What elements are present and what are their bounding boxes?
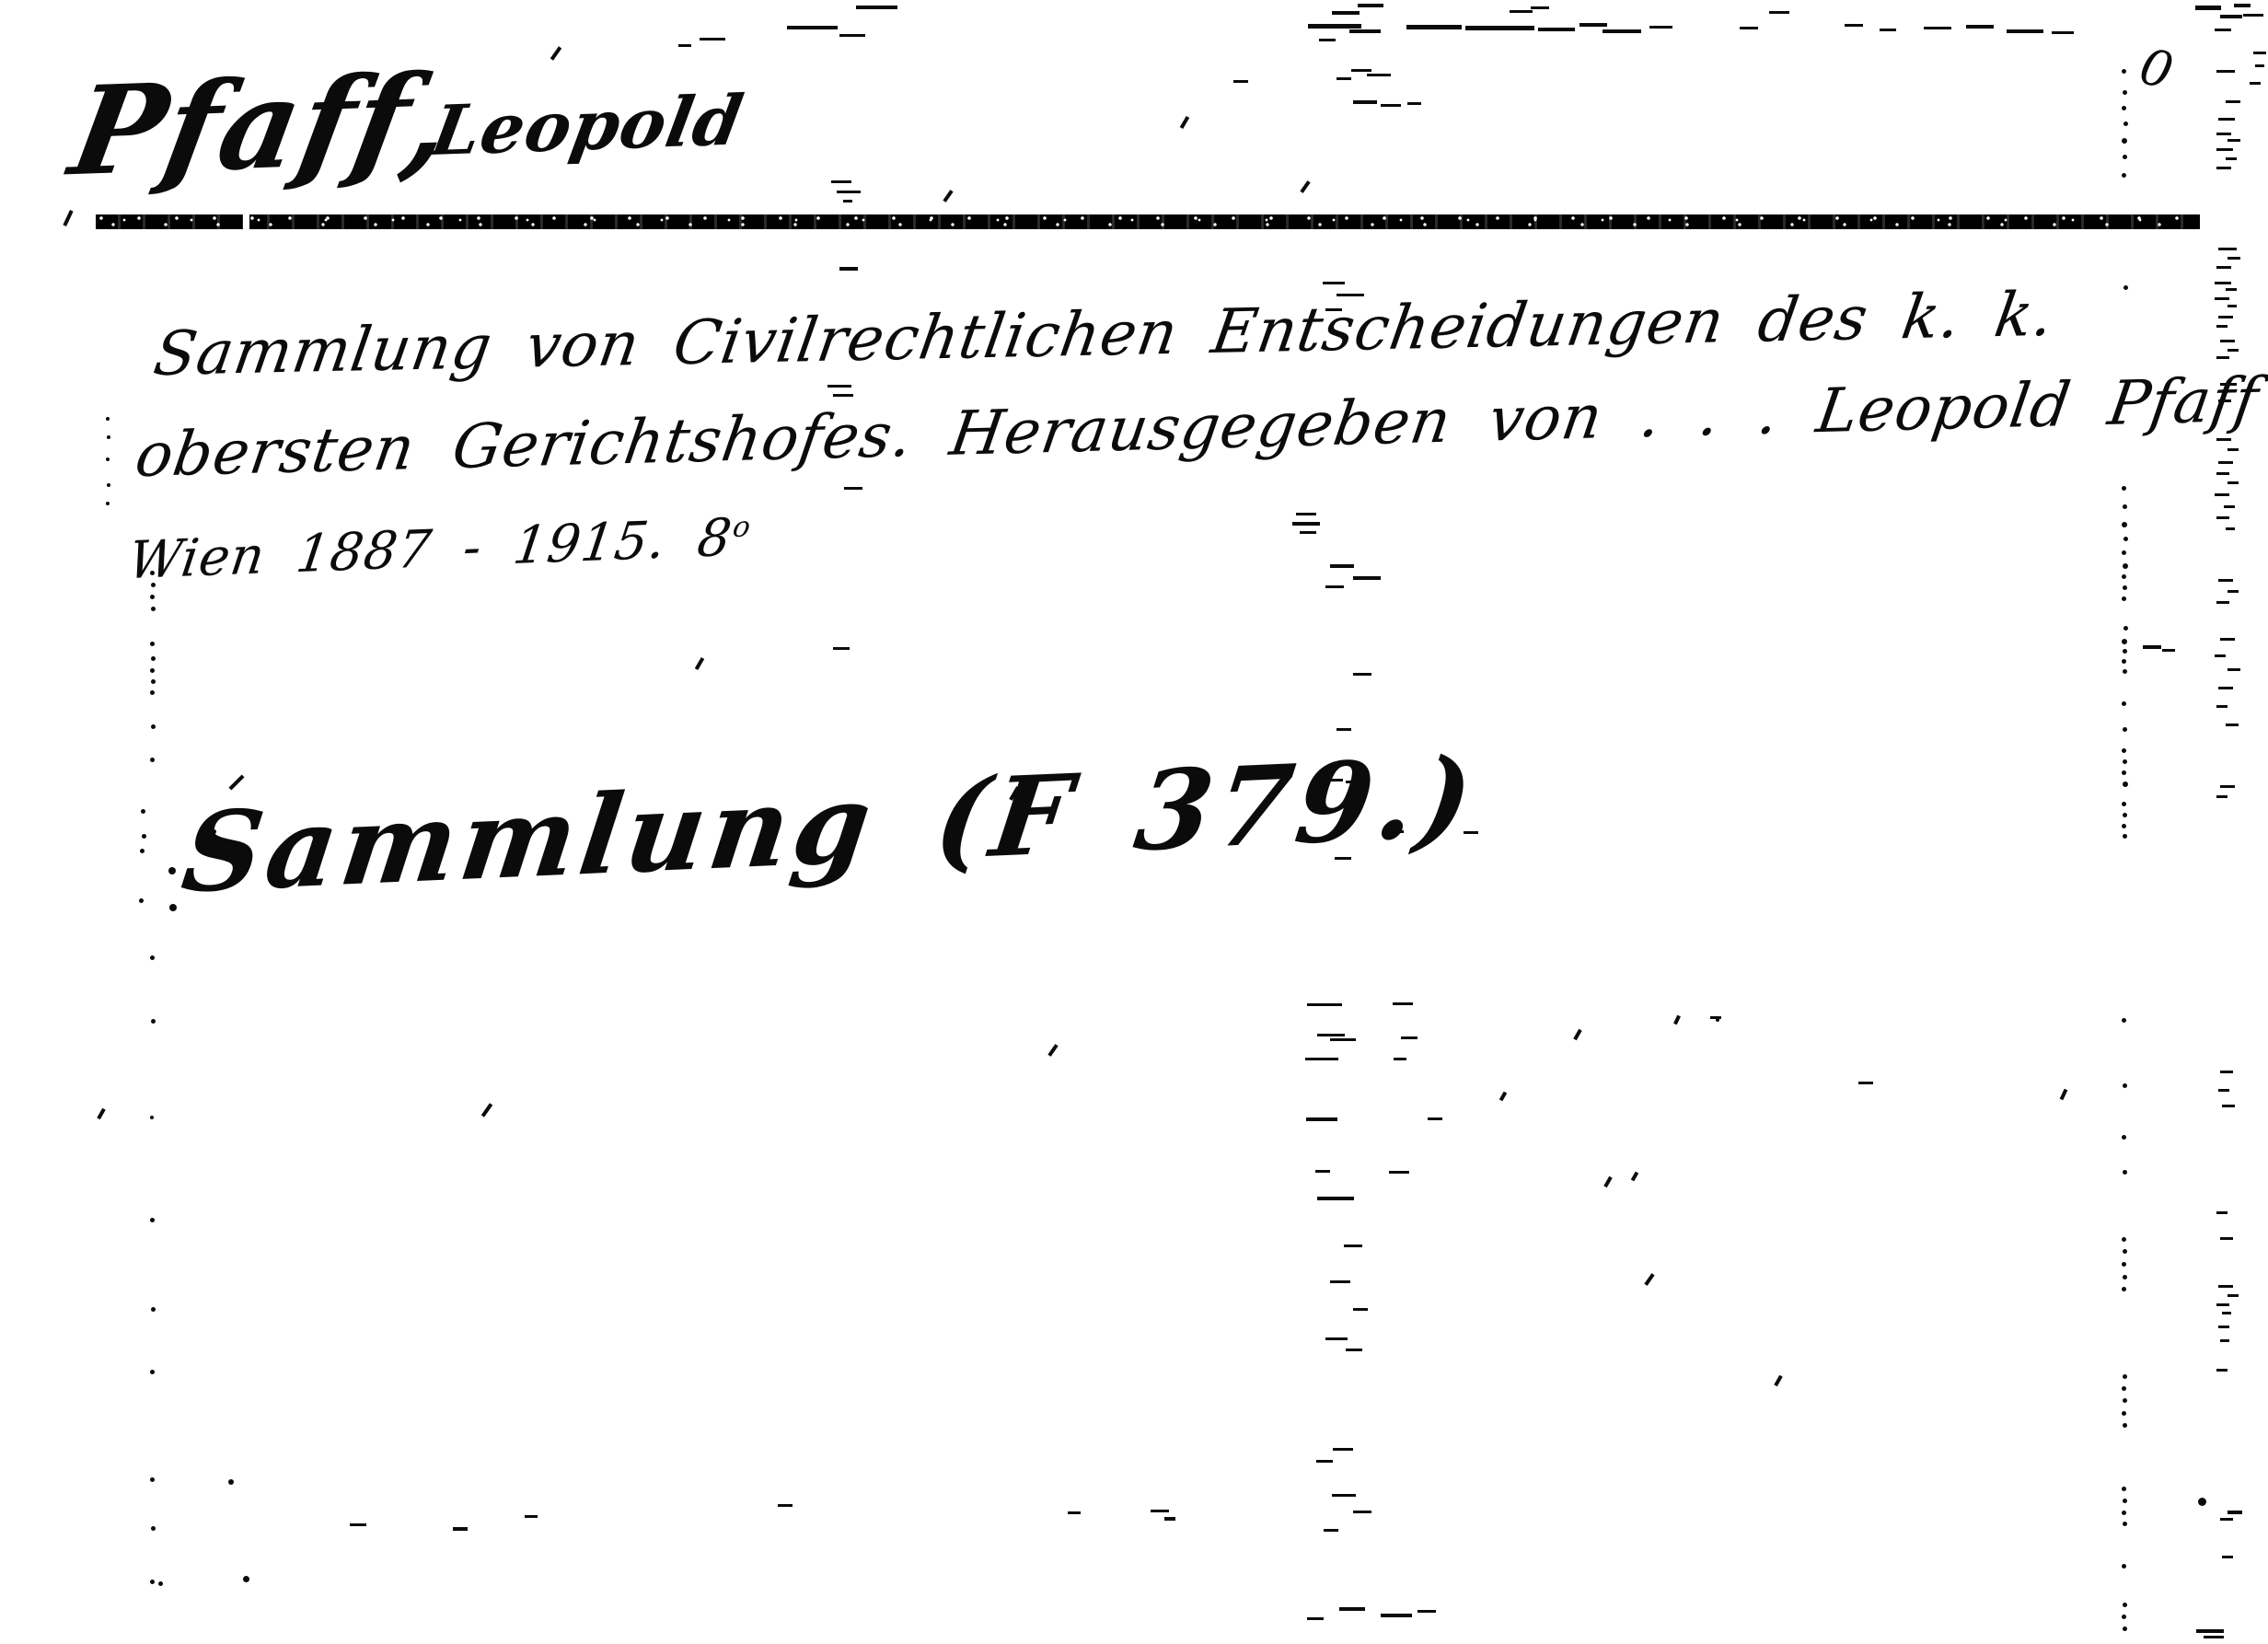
scan-dash bbox=[1336, 728, 1351, 731]
scan-dot bbox=[2122, 138, 2127, 144]
scan-dot bbox=[151, 656, 156, 661]
scan-dot bbox=[151, 1307, 156, 1312]
scan-dash bbox=[1966, 25, 1994, 29]
scan-dot bbox=[150, 1370, 155, 1374]
scan-dash bbox=[1323, 282, 1345, 284]
catalog-card: Pfaff, Leopold Sammlung von Civilrechtli… bbox=[0, 0, 2268, 1644]
scan-tick bbox=[1631, 1172, 1638, 1182]
scan-dash bbox=[1306, 1117, 1337, 1121]
marginal-zero-mark: 0 bbox=[2135, 41, 2177, 98]
scan-dash bbox=[1417, 1610, 1436, 1613]
scan-dot bbox=[142, 834, 146, 839]
scan-dot bbox=[151, 1019, 156, 1024]
scan-tick bbox=[550, 46, 561, 60]
scan-dot bbox=[150, 642, 155, 646]
scan-dash bbox=[2226, 157, 2237, 160]
scan-dash bbox=[2220, 383, 2237, 386]
entry-imprint: Wien 1887 - 1915. 8o bbox=[125, 512, 753, 587]
scan-dash bbox=[525, 1515, 538, 1518]
scan-dash bbox=[2218, 399, 2231, 402]
scan-dash bbox=[2216, 438, 2231, 441]
scan-dot bbox=[106, 502, 110, 505]
scan-dot bbox=[151, 724, 156, 729]
scan-dash bbox=[1407, 102, 1421, 105]
scan-dash bbox=[1858, 1082, 1873, 1084]
scan-dash bbox=[787, 26, 838, 29]
scan-dash bbox=[2250, 82, 2261, 85]
scan-dash bbox=[2215, 493, 2229, 496]
scan-dash bbox=[1346, 1349, 1362, 1351]
scan-dash bbox=[843, 200, 852, 203]
scan-dot bbox=[2123, 626, 2128, 631]
scan-dash bbox=[2220, 785, 2235, 788]
scan-dot bbox=[2123, 669, 2127, 674]
scan-dash bbox=[839, 267, 858, 271]
scan-dash bbox=[2253, 52, 2266, 54]
scan-dash bbox=[2226, 527, 2235, 530]
scan-dash bbox=[1381, 104, 1401, 107]
scan-dot bbox=[2122, 824, 2126, 828]
scan-dot bbox=[2123, 285, 2128, 290]
scan-dot bbox=[150, 1218, 155, 1222]
scan-dot bbox=[2123, 122, 2128, 126]
scan-dash bbox=[1351, 69, 1371, 72]
scan-dash bbox=[2227, 139, 2240, 142]
scan-dot bbox=[2122, 173, 2126, 178]
scan-dash bbox=[2218, 248, 2237, 250]
scan-dash bbox=[2220, 340, 2235, 342]
scan-dash bbox=[1333, 1448, 1353, 1451]
scan-dash bbox=[2218, 1326, 2229, 1328]
scan-dot bbox=[158, 1581, 163, 1586]
scan-dash bbox=[844, 487, 862, 490]
scan-dash bbox=[2196, 1629, 2224, 1633]
scan-dot bbox=[150, 1477, 155, 1482]
scan-dash bbox=[1323, 779, 1343, 781]
scan-dash bbox=[2227, 1294, 2239, 1297]
scan-tick bbox=[481, 1103, 492, 1117]
scan-dash bbox=[1330, 564, 1354, 568]
scan-dash bbox=[1325, 585, 1344, 588]
scan-dot bbox=[2198, 1498, 2206, 1506]
scan-dash bbox=[1428, 1117, 1442, 1120]
scan-dash bbox=[2227, 349, 2239, 352]
scan-dot bbox=[2123, 834, 2127, 839]
scan-tick bbox=[1499, 1092, 1507, 1102]
scan-dash bbox=[1401, 1036, 1417, 1039]
scan-dash bbox=[2216, 1211, 2227, 1214]
scan-dot bbox=[2123, 504, 2127, 509]
scan-dot bbox=[212, 829, 216, 834]
scan-dash bbox=[2216, 472, 2229, 475]
scan-dot bbox=[2123, 90, 2127, 95]
scan-dash bbox=[1924, 27, 1951, 29]
scan-dot bbox=[2122, 550, 2126, 555]
scan-dash bbox=[2007, 29, 2043, 33]
scan-dash bbox=[1346, 781, 1360, 783]
scan-dash bbox=[1307, 1617, 1324, 1620]
heading-surname: Pfaff, bbox=[63, 58, 461, 193]
scan-dash bbox=[1339, 1607, 1365, 1611]
scan-dash bbox=[700, 38, 725, 41]
scan-dash bbox=[839, 34, 865, 37]
scan-dash bbox=[1845, 24, 1863, 27]
scan-dash bbox=[2216, 133, 2231, 135]
scan-dot bbox=[151, 583, 156, 587]
scan-dash bbox=[2227, 668, 2240, 671]
scan-dash bbox=[1296, 513, 1316, 515]
shelfmark: Sammlung (F 379.) bbox=[177, 742, 1483, 908]
scan-dash bbox=[2220, 1339, 2229, 1342]
scan-dot bbox=[2123, 1398, 2127, 1403]
scan-dash bbox=[1394, 1058, 1406, 1060]
scan-tick bbox=[2060, 1089, 2068, 1101]
scan-dot bbox=[2123, 1170, 2127, 1175]
scan-dash bbox=[1353, 1308, 1368, 1311]
scan-dash bbox=[831, 180, 851, 183]
scan-dot bbox=[2123, 649, 2127, 654]
scan-dash bbox=[1393, 1002, 1413, 1005]
scan-dash bbox=[2227, 448, 2239, 451]
scan-dot bbox=[2123, 727, 2127, 732]
scan-dot bbox=[2123, 1374, 2127, 1379]
scan-dash bbox=[1510, 10, 1533, 13]
scan-dash bbox=[2218, 1285, 2233, 1288]
scan-dash bbox=[1151, 1510, 1169, 1512]
scan-dash bbox=[2227, 257, 2240, 260]
scan-dash bbox=[1579, 23, 1607, 27]
scan-dash bbox=[2216, 795, 2227, 798]
scan-dash bbox=[2218, 687, 2233, 689]
scan-dash bbox=[2218, 579, 2233, 582]
scan-dash bbox=[2216, 601, 2229, 604]
scan-dash bbox=[1406, 25, 1462, 29]
scan-dash bbox=[1335, 857, 1351, 860]
scan-dot bbox=[2122, 659, 2126, 664]
scan-dash bbox=[2216, 516, 2229, 519]
scan-dash bbox=[1315, 1170, 1330, 1173]
scan-dash bbox=[1317, 1034, 1345, 1036]
scan-dot bbox=[151, 679, 156, 684]
scan-dot bbox=[150, 1116, 154, 1119]
scan-dash bbox=[2255, 64, 2264, 67]
scan-dash bbox=[2215, 29, 2231, 31]
scan-dot bbox=[2123, 781, 2128, 787]
scan-dot bbox=[2123, 563, 2128, 569]
scan-dash bbox=[1740, 27, 1758, 29]
scan-dash bbox=[1068, 1511, 1081, 1514]
scan-dash bbox=[2226, 724, 2239, 726]
scan-dash bbox=[837, 191, 861, 193]
scan-dot bbox=[2122, 1287, 2126, 1291]
scan-dot bbox=[2122, 1615, 2126, 1619]
scan-dot bbox=[2123, 1275, 2127, 1279]
scan-dash bbox=[2243, 14, 2263, 17]
scan-dash bbox=[1319, 39, 1336, 41]
scan-tick bbox=[1774, 1375, 1782, 1386]
scan-dot bbox=[2123, 1423, 2127, 1428]
scan-dash bbox=[2052, 31, 2074, 34]
scan-dash bbox=[1538, 28, 1575, 31]
scan-dash bbox=[2218, 316, 2233, 318]
scan-dot bbox=[2123, 155, 2127, 159]
scan-dot bbox=[2123, 1249, 2127, 1254]
scan-dash bbox=[1325, 1337, 1348, 1340]
scan-dash bbox=[1353, 1511, 1371, 1513]
scan-dash bbox=[1292, 522, 1320, 526]
scan-dot bbox=[151, 1526, 156, 1531]
scan-dash bbox=[1324, 1529, 1338, 1532]
scan-dash bbox=[2216, 70, 2235, 73]
scan-dot bbox=[2123, 1083, 2127, 1088]
scan-dash bbox=[2216, 356, 2229, 359]
scan-dash bbox=[1387, 830, 1404, 833]
scan-dash bbox=[1307, 1003, 1342, 1006]
scan-tick bbox=[1047, 1044, 1058, 1057]
scan-dash bbox=[2220, 1237, 2233, 1240]
scan-tick bbox=[1573, 1029, 1581, 1040]
scan-dot bbox=[2122, 1237, 2126, 1242]
scan-tick bbox=[943, 190, 953, 203]
scan-dash bbox=[453, 1527, 468, 1531]
scan-dash bbox=[2220, 1071, 2233, 1073]
scan-dash bbox=[2220, 15, 2242, 18]
scan-dash bbox=[1308, 24, 1361, 29]
scan-dot bbox=[2122, 1262, 2126, 1267]
scan-dot bbox=[150, 595, 155, 599]
entry-title-line-1: Sammlung von Civilrechtlichen Entscheidu… bbox=[150, 284, 2058, 385]
scan-dash bbox=[2204, 1636, 2224, 1638]
scan-dot bbox=[2123, 1499, 2127, 1503]
scan-dot bbox=[2123, 759, 2127, 764]
scan-dash bbox=[1649, 26, 1672, 29]
scan-dot bbox=[107, 483, 110, 487]
scan-dash bbox=[833, 647, 850, 650]
scan-dot bbox=[2123, 1603, 2127, 1607]
scan-dot bbox=[228, 1479, 234, 1485]
scan-dash bbox=[1353, 673, 1371, 676]
scan-dot bbox=[1716, 1018, 1719, 1022]
scan-dash bbox=[2234, 4, 2251, 7]
scan-dash bbox=[2216, 325, 2227, 328]
scan-dash bbox=[2195, 6, 2221, 10]
scan-dash bbox=[1325, 308, 1342, 311]
scan-dash bbox=[1464, 831, 1478, 834]
scan-dash bbox=[2216, 266, 2231, 269]
scan-dot bbox=[106, 457, 110, 461]
scan-dot bbox=[2122, 770, 2126, 775]
scan-dash bbox=[1353, 100, 1377, 104]
scan-dot bbox=[140, 849, 145, 853]
scan-dot bbox=[141, 809, 145, 814]
scan-dot bbox=[151, 607, 156, 611]
scan-dash bbox=[2216, 705, 2227, 708]
scan-dash bbox=[2143, 645, 2161, 649]
scan-dot bbox=[2122, 1511, 2126, 1515]
scan-dash bbox=[2215, 297, 2229, 300]
scan-dash bbox=[1332, 11, 1360, 15]
scan-dash bbox=[1465, 26, 1534, 30]
scan-dash bbox=[2216, 148, 2233, 151]
heading-forename: Leopold bbox=[426, 87, 747, 166]
scan-dash bbox=[1358, 4, 1383, 7]
scan-dot bbox=[150, 1580, 155, 1584]
scan-dash bbox=[1336, 77, 1351, 80]
scan-dash bbox=[2227, 481, 2239, 484]
scan-dash bbox=[2222, 1556, 2233, 1558]
scan-dot bbox=[243, 1576, 249, 1582]
scan-dot bbox=[2123, 537, 2128, 541]
scan-dot bbox=[107, 435, 110, 439]
scan-dash bbox=[1316, 1460, 1333, 1463]
scan-tick bbox=[1673, 1015, 1681, 1025]
scan-dot bbox=[106, 417, 110, 421]
scan-dot bbox=[2122, 639, 2127, 644]
scan-dash bbox=[1305, 1058, 1338, 1060]
scan-dot bbox=[2122, 522, 2127, 527]
scan-dash bbox=[2218, 118, 2235, 121]
scan-dash bbox=[1317, 1197, 1354, 1200]
scan-dash bbox=[1336, 294, 1364, 296]
scan-dash bbox=[778, 1504, 793, 1507]
scan-dot bbox=[2123, 585, 2127, 590]
scan-dot bbox=[2122, 748, 2126, 753]
scan-dash bbox=[1531, 6, 1549, 9]
scan-dash bbox=[2220, 1518, 2233, 1521]
scan-dash bbox=[1344, 1245, 1362, 1247]
scan-dash bbox=[1164, 1517, 1175, 1521]
scan-dash bbox=[1332, 1494, 1356, 1497]
scan-dash bbox=[1389, 1171, 1409, 1174]
scan-dash bbox=[1603, 29, 1641, 33]
scan-dot bbox=[150, 571, 155, 575]
scan-tick bbox=[1644, 1273, 1654, 1286]
rule-gap bbox=[243, 213, 249, 231]
scan-dash bbox=[2216, 1369, 2227, 1372]
scan-dash bbox=[1367, 74, 1391, 76]
scan-tick bbox=[97, 1108, 105, 1119]
scan-dash bbox=[2218, 1089, 2229, 1092]
scan-dash bbox=[2220, 638, 2235, 641]
scan-tick bbox=[1180, 116, 1189, 129]
scan-dot bbox=[213, 846, 217, 851]
scan-dot bbox=[2122, 1386, 2126, 1391]
scan-dash bbox=[2226, 288, 2237, 291]
scan-dot bbox=[2123, 1522, 2127, 1526]
imprint-text: Wien 1887 - 1915. 8 bbox=[125, 508, 736, 592]
scan-dash bbox=[2218, 461, 2233, 464]
scan-dot bbox=[139, 898, 144, 903]
scan-dash bbox=[1330, 1280, 1350, 1283]
scan-dot bbox=[2122, 574, 2126, 579]
scan-tick bbox=[63, 210, 73, 226]
scan-dash bbox=[856, 6, 897, 9]
scan-dash bbox=[2215, 282, 2231, 284]
scan-dot bbox=[168, 867, 176, 874]
scan-dash bbox=[2224, 505, 2235, 508]
scan-dash bbox=[2222, 1105, 2235, 1107]
scan-dot bbox=[2122, 1411, 2126, 1416]
scan-dash bbox=[1381, 1614, 1412, 1617]
scan-dash bbox=[2227, 305, 2237, 307]
scan-dash bbox=[1233, 80, 1248, 83]
scan-dash bbox=[2227, 1511, 2242, 1514]
scan-dot bbox=[2122, 1487, 2126, 1491]
scan-dash bbox=[1330, 1038, 1356, 1041]
scan-tick bbox=[695, 657, 704, 670]
scan-dash bbox=[827, 385, 851, 388]
scan-dot bbox=[150, 668, 155, 673]
scan-dot bbox=[2122, 701, 2126, 706]
scan-dash bbox=[2222, 1312, 2231, 1314]
scan-dot bbox=[2122, 486, 2126, 491]
scan-dash bbox=[2226, 100, 2240, 103]
scan-dot bbox=[2122, 1018, 2126, 1023]
scan-dash bbox=[678, 44, 691, 47]
scan-dot bbox=[169, 904, 177, 911]
scan-dot bbox=[150, 955, 155, 960]
scan-dash bbox=[2216, 1303, 2229, 1306]
scan-dash bbox=[350, 1523, 366, 1526]
scan-dot bbox=[2122, 802, 2126, 806]
scan-dot bbox=[150, 758, 155, 762]
scan-dash bbox=[2227, 590, 2239, 593]
scan-dot bbox=[2122, 1564, 2126, 1569]
scan-dot bbox=[150, 690, 155, 695]
scan-dot bbox=[2122, 596, 2126, 601]
scan-tick bbox=[1300, 180, 1310, 193]
scan-dash bbox=[1353, 576, 1381, 580]
scan-dot bbox=[2122, 69, 2126, 74]
scan-tick bbox=[1603, 1176, 1612, 1187]
scan-dot bbox=[2122, 1135, 2126, 1140]
scan-dash bbox=[2215, 654, 2226, 657]
heading-rule bbox=[96, 214, 2200, 229]
scan-dash bbox=[1300, 531, 1316, 534]
entry-title-line-2: obersten Gerichtshofes. Herausgegeben vo… bbox=[132, 369, 2262, 486]
scan-dot bbox=[2123, 1627, 2127, 1631]
scan-dot bbox=[2122, 106, 2126, 110]
scan-dash bbox=[1349, 29, 1381, 33]
imprint-format-sup: o bbox=[731, 510, 753, 544]
scan-dash bbox=[2162, 649, 2175, 652]
scan-dash bbox=[1880, 29, 1896, 31]
scan-dash bbox=[1769, 11, 1789, 14]
scan-dot bbox=[2123, 813, 2127, 817]
scan-dash bbox=[2216, 167, 2231, 169]
scan-dash bbox=[833, 394, 853, 397]
